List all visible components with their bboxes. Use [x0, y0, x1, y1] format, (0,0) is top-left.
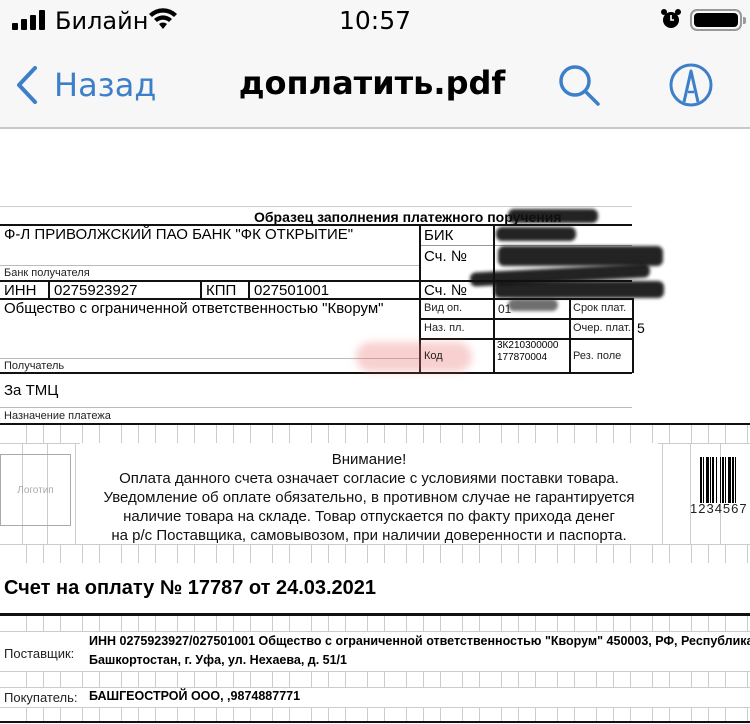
priority-value: 5 — [637, 320, 645, 336]
back-button[interactable]: Назад — [16, 60, 156, 110]
navigation-bar: Назад доплатить.pdf — [0, 50, 750, 120]
markup-icon[interactable] — [668, 62, 714, 108]
code-value-line1: 3К210300000 — [497, 340, 558, 351]
grid-line — [48, 280, 50, 298]
battery-icon — [690, 9, 742, 31]
inn-label: ИНН — [4, 282, 36, 299]
grid-line — [0, 265, 420, 266]
grid-line — [569, 298, 571, 373]
barcode-number: 1234567 — [690, 501, 748, 516]
grid-line — [0, 407, 632, 408]
payment-purpose-label: Назначение платежа — [4, 410, 111, 422]
status-bar: Билайн 10:57 — [0, 0, 750, 42]
alarm-icon — [660, 8, 682, 30]
supplier-line: Башкортостан, г. Уфа, ул. Нехаева, д. 51… — [89, 651, 750, 670]
highlight-mark — [356, 342, 472, 372]
code-value-line2: 177870004 — [497, 352, 547, 363]
notice-line: на р/с Поставщика, самовывозом, при нали… — [80, 526, 658, 545]
grid-line — [493, 224, 495, 373]
op-type-label: Вид оп. — [424, 302, 462, 314]
payment-purpose-value: За ТМЦ — [4, 382, 58, 399]
corr-account-label: Сч. № — [424, 248, 467, 265]
notice-line: Оплата данного счета означает согласие с… — [80, 469, 658, 488]
redaction — [508, 209, 598, 223]
grid-line — [0, 721, 750, 723]
divider — [0, 206, 632, 207]
supplier-label: Поставщик: — [4, 646, 74, 661]
notice-line: наличие товара на складе. Товар отпускае… — [80, 507, 658, 526]
kpp-value: 027501001 — [254, 282, 329, 299]
reserve-label: Рез. поле — [573, 350, 621, 362]
document-title: доплатить.pdf — [239, 64, 506, 102]
back-label: Назад — [54, 66, 156, 104]
supplier-details: ИНН 0275923927/027501001 Общество с огра… — [89, 632, 750, 670]
grid-line — [0, 372, 632, 374]
supplier-line: ИНН 0275923927/027501001 Общество с огра… — [89, 632, 750, 651]
kpp-label: КПП — [206, 282, 236, 299]
purpose-code-label: Наз. пл. — [424, 322, 465, 334]
bank-name: Ф-Л ПРИВОЛЖСКИЙ ПАО БАНК "ФК ОТКРЫТИЕ" — [4, 226, 353, 243]
ios-top-bar: Билайн 10:57 Назад доплатить.pdf — [0, 0, 750, 129]
notice-block: Внимание! Оплата данного счета означает … — [80, 443, 658, 545]
bank-label: Банк получателя — [4, 267, 90, 279]
logo-placeholder-text: Логотип — [17, 485, 53, 496]
grid-line — [0, 423, 750, 425]
grid-line — [632, 298, 634, 373]
priority-label: Очер. плат. — [573, 322, 631, 334]
grid-line — [0, 707, 750, 708]
grid-line — [420, 318, 632, 320]
barcode-image — [700, 457, 750, 503]
chevron-left-icon — [16, 66, 38, 104]
due-label: Срок плат. — [573, 302, 626, 314]
inn-value: 0275923927 — [54, 282, 137, 299]
grid-line — [248, 280, 250, 298]
buyer-label: Покупатель: — [4, 690, 77, 705]
logo-placeholder: Логотип — [0, 454, 71, 526]
redaction — [508, 299, 558, 311]
grid-line — [0, 671, 750, 672]
account-label: Сч. № — [424, 282, 467, 299]
pdf-page[interactable]: Образец заполнения платежного поручения … — [0, 131, 750, 724]
grid-line — [200, 280, 202, 298]
account-redacted — [494, 281, 664, 298]
bik-value-redacted — [496, 227, 576, 241]
invoice-title: Счет на оплату № 17787 от 24.03.2021 — [4, 577, 376, 600]
notice-line: Уведомление об оплате обязательно, в про… — [80, 488, 658, 507]
recipient-label: Получатель — [4, 360, 64, 372]
clock: 10:57 — [0, 6, 750, 35]
search-icon[interactable] — [556, 62, 602, 108]
bik-label: БИК — [424, 227, 453, 244]
buyer-value: БАШГЕОСТРОЙ ООО, ,9874887771 — [89, 689, 300, 703]
notice-title: Внимание! — [80, 450, 658, 469]
code-label: Код — [424, 350, 443, 362]
recipient-name: Общество с ограниченной ответственностью… — [4, 300, 384, 317]
grid-line — [0, 687, 750, 688]
grid-line — [0, 613, 750, 616]
